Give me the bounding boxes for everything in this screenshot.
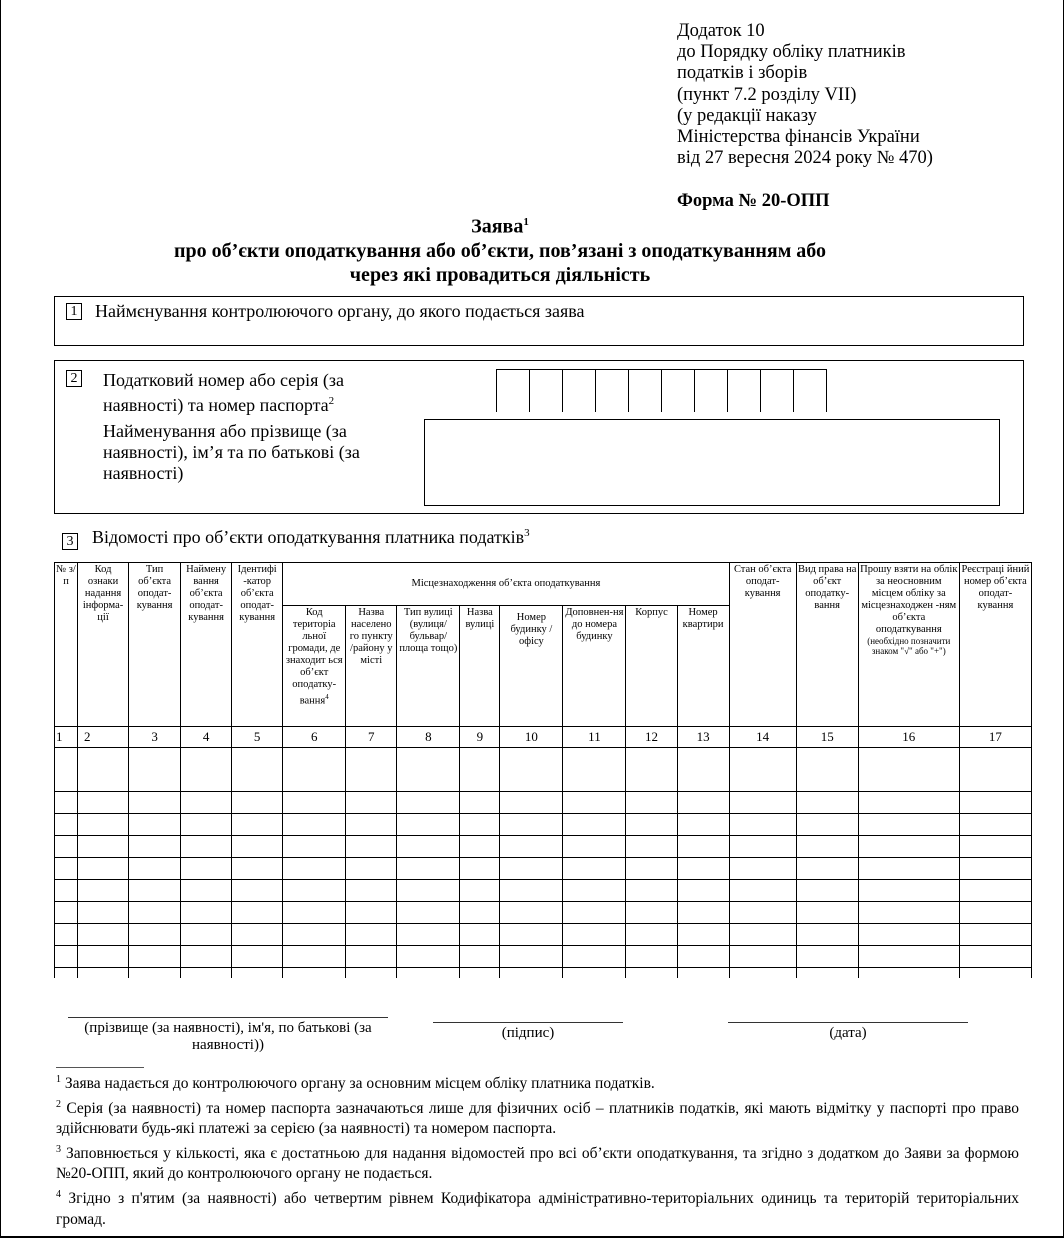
table-cell[interactable] [796,924,858,946]
table-cell[interactable] [500,924,563,946]
table-cell[interactable] [397,858,460,880]
table-cell[interactable] [460,858,500,880]
table-cell[interactable] [78,946,129,968]
table-cell[interactable] [858,946,959,968]
tax-digit-cell[interactable] [694,370,727,412]
title-line: через які провадиться діяльність [0,263,1000,287]
table-cell[interactable] [232,880,283,902]
table-cell[interactable] [460,924,500,946]
table-cell[interactable] [55,814,78,836]
table-cell[interactable] [283,924,346,946]
table-cell[interactable] [729,924,796,946]
taxpayer-name-label: Найменування або прізвище (за наявності)… [103,421,423,484]
table-cell[interactable] [78,858,129,880]
table-cell[interactable] [626,968,677,979]
col-header-building-number: Номер будинку /офісу [500,606,563,727]
table-cell[interactable] [729,792,796,814]
table-cell[interactable] [346,924,397,946]
table-cell[interactable] [959,924,1031,946]
table-cell[interactable] [397,968,460,979]
table-cell[interactable] [626,792,677,814]
section-1-authority[interactable]: 1 Наймєнування контролюючого органу, до … [54,296,1024,346]
col-header-object-type: Тип об’єкта оподат-кування [129,563,181,727]
col-header-object-name: Наймену вання об’єкта оподат-кування [181,563,232,727]
table-cell[interactable] [283,902,346,924]
table-cell[interactable] [181,836,232,858]
title-main: Заява [471,216,523,238]
date-caption: (дата) [728,1025,968,1042]
table-cell[interactable] [55,968,78,979]
table-cell[interactable] [563,792,626,814]
table-cell[interactable] [181,792,232,814]
table-cell[interactable] [858,924,959,946]
name-signature-line[interactable] [68,1017,388,1018]
table-cell[interactable] [283,836,346,858]
table-cell[interactable] [397,748,460,792]
table-cell[interactable] [626,748,677,792]
table-cell[interactable] [346,858,397,880]
table-cell[interactable] [500,968,563,979]
table-cell[interactable] [55,902,78,924]
date-block: (дата) [728,1022,968,1042]
table-cell[interactable] [460,748,500,792]
table-cell[interactable] [129,836,181,858]
table-cell[interactable] [729,748,796,792]
col-header-number: № з/п [55,563,78,727]
footnote-ref: 1 [523,216,529,228]
signature-block: (підпис) [433,1022,623,1042]
table-cell[interactable] [181,946,232,968]
table-row [55,946,1032,968]
table-cell[interactable] [796,792,858,814]
col-header-street-type: Тип вулиці (вулиця/ бульвар/ площа тощо) [397,606,460,727]
tax-digit-cell[interactable] [496,370,529,412]
tax-digit-cell[interactable] [760,370,793,412]
table-row [55,968,1032,979]
table-cell[interactable] [563,814,626,836]
table-cell[interactable] [232,792,283,814]
tax-objects-table: № з/п Код ознаки надання інформа-ції Тип… [54,562,1032,978]
table-cell[interactable] [729,968,796,979]
tax-number-field[interactable] [496,369,827,412]
section-number-badge: 3 [62,533,78,550]
table-cell[interactable] [129,880,181,902]
table-row [55,792,1032,814]
table-row [55,924,1032,946]
table-cell[interactable] [232,902,283,924]
table-cell[interactable] [232,748,283,792]
table-row [55,858,1032,880]
table-cell[interactable] [181,814,232,836]
tax-digit-cell[interactable] [562,370,595,412]
table-cell[interactable] [563,880,626,902]
col-header-info-code: Код ознаки надання інформа-ції [78,563,129,727]
table-cell[interactable] [626,836,677,858]
table-cell[interactable] [232,924,283,946]
table-cell[interactable] [959,946,1031,968]
table-cell[interactable] [563,902,626,924]
table-cell[interactable] [283,748,346,792]
table-cell[interactable] [796,748,858,792]
table-cell[interactable] [397,836,460,858]
table-cell[interactable] [181,902,232,924]
table-cell[interactable] [626,814,677,836]
table-cell[interactable] [397,792,460,814]
table-cell[interactable] [181,880,232,902]
table-cell[interactable] [129,748,181,792]
table-cell[interactable] [626,880,677,902]
table-cell[interactable] [397,946,460,968]
table-cell[interactable] [397,924,460,946]
table-cell[interactable] [346,792,397,814]
table-cell[interactable] [460,902,500,924]
table-cell[interactable] [181,858,232,880]
table-cell[interactable] [397,902,460,924]
table-cell[interactable] [796,858,858,880]
table-cell[interactable] [626,902,677,924]
table-cell[interactable] [460,968,500,979]
annex-line: до Порядку обліку платників [677,42,933,63]
table-cell[interactable] [500,880,563,902]
table-cell[interactable] [346,902,397,924]
col-header-object-id: Ідентифі -катор об’єкта оподат-кування [232,563,283,727]
table-cell[interactable] [460,880,500,902]
table-cell[interactable] [129,968,181,979]
table-cell[interactable] [677,814,729,836]
table-cell[interactable] [959,836,1031,858]
table-cell[interactable] [55,792,78,814]
table-cell[interactable] [677,836,729,858]
table-cell[interactable] [346,836,397,858]
table-cell[interactable] [796,836,858,858]
table-row [55,880,1032,902]
table-cell[interactable] [78,924,129,946]
table-cell[interactable] [677,858,729,880]
section-2-taxpayer: 2 Податковий номер або серія (за наявнос… [54,360,1024,514]
date-line[interactable] [728,1022,968,1023]
annex-line: податків і зборів [677,63,933,84]
table-cell[interactable] [346,968,397,979]
table-cell[interactable] [460,814,500,836]
table-cell[interactable] [858,836,959,858]
table-cell[interactable] [181,924,232,946]
table-cell[interactable] [959,902,1031,924]
table-cell[interactable] [55,924,78,946]
section-3-heading: 3Відомості про об’єкти оподаткування пла… [62,527,530,548]
table-cell[interactable] [959,858,1031,880]
table-cell[interactable] [796,968,858,979]
table-cell[interactable] [626,924,677,946]
annex-line: Додаток 10 [677,21,933,42]
table-cell[interactable] [677,968,729,979]
table-cell[interactable] [283,880,346,902]
table-cell[interactable] [500,902,563,924]
tax-number-label: Податковий номер або серія (за наявності… [103,370,423,416]
table-cell[interactable] [796,902,858,924]
table-cell[interactable] [181,968,232,979]
table-cell[interactable] [500,748,563,792]
table-cell[interactable] [729,880,796,902]
table-cell[interactable] [55,858,78,880]
column-number-row: 1 2 3 4 5 6 7 8 9 10 11 12 13 14 15 16 1… [55,727,1032,748]
table-cell[interactable] [78,880,129,902]
tax-digit-cell[interactable] [628,370,661,412]
table-cell[interactable] [563,836,626,858]
table-cell[interactable] [129,902,181,924]
col-header-location-group: Місцезнаходження об’єкта оподаткування [283,563,729,606]
section-1-label: Наймєнування контролюючого органу, до як… [95,301,585,322]
table-cell[interactable] [129,814,181,836]
annex-line: (у редакції наказу [677,106,933,127]
table-cell[interactable] [129,858,181,880]
table-cell[interactable] [959,748,1031,792]
table-cell[interactable] [858,968,959,979]
table-cell[interactable] [858,748,959,792]
table-cell[interactable] [563,748,626,792]
table-cell[interactable] [55,946,78,968]
table-cell[interactable] [729,946,796,968]
table-cell[interactable] [78,748,129,792]
col-header-non-main-registration: Прошу взяти на облік за неосновним місце… [858,563,959,727]
table-cell[interactable] [181,748,232,792]
footnote-4: 4 Згідно з п'ятим (за наявності) або чет… [56,1185,1019,1230]
table-cell[interactable] [283,814,346,836]
tax-digit-cell[interactable] [529,370,562,412]
table-cell[interactable] [397,880,460,902]
table-cell[interactable] [232,814,283,836]
table-cell[interactable] [563,946,626,968]
col-header-registration-number: Реєстраці йний номер об’єкта оподат-кува… [959,563,1031,727]
signature-line[interactable] [433,1022,623,1023]
table-cell[interactable] [677,792,729,814]
col-16-note: (необхідно позначити знаком "√" або "+") [860,636,958,656]
table-cell[interactable] [796,880,858,902]
table-cell[interactable] [460,792,500,814]
col-header-street-name: Назва вулиці [460,606,500,727]
tax-digit-cell[interactable] [661,370,694,412]
table-cell[interactable] [858,814,959,836]
annex-line: Міністерства фінансів України [677,127,933,148]
table-cell[interactable] [346,748,397,792]
annex-header: Додаток 10 до Порядку обліку платників п… [677,21,933,169]
table-cell[interactable] [78,836,129,858]
table-cell[interactable] [500,946,563,968]
table-cell[interactable] [959,968,1031,979]
table-cell[interactable] [729,836,796,858]
table-cell[interactable] [232,946,283,968]
table-cell[interactable] [55,748,78,792]
document-title: Заява1 про об’єкти оподаткування або об’… [0,210,1000,287]
table-cell[interactable] [346,880,397,902]
col-header-apartment: Номер квартири [677,606,729,727]
name-caption: (прізвище (за наявності), ім'я, по батьк… [68,1020,388,1054]
table-cell[interactable] [129,924,181,946]
table-cell[interactable] [677,946,729,968]
table-cell[interactable] [858,902,959,924]
table-cell[interactable] [677,924,729,946]
col-header-settlement: Назва населено го пункту /району у місті [346,606,397,727]
section-3-label: Відомості про об’єкти оподаткування плат… [92,527,524,547]
section-number-badge: 2 [66,370,82,387]
table-cell[interactable] [677,880,729,902]
table-cell[interactable] [283,946,346,968]
table-row [55,902,1032,924]
table-cell[interactable] [500,814,563,836]
table-cell[interactable] [796,814,858,836]
table-cell[interactable] [500,792,563,814]
footnote-1: 1 Заява надається до контролюючого орган… [56,1070,1019,1095]
table-row [55,748,1032,792]
table-cell[interactable] [626,858,677,880]
footnote-3: 3 Заповнюється у кількості, яка є достат… [56,1140,1019,1185]
signature-caption: (підпис) [433,1025,623,1042]
table-cell[interactable] [500,836,563,858]
table-cell[interactable] [283,792,346,814]
col-header-block: Корпус [626,606,677,727]
table-cell[interactable] [55,880,78,902]
col-header-community-code: Код територіа льної громади, де знаходит… [283,606,346,727]
form-number: Форма № 20-ОПП [677,191,830,212]
table-cell[interactable] [729,858,796,880]
signature-name-block: (прізвище (за наявності), ім'я, по батьк… [68,1000,388,1054]
col-header-object-status: Стан об’єкта оподат-кування [729,563,796,727]
annex-line: (пункт 7.2 розділу VII) [677,85,933,106]
table-cell[interactable] [796,946,858,968]
table-cell[interactable] [78,902,129,924]
table-cell[interactable] [959,792,1031,814]
footnote-ref: 3 [524,527,530,539]
annex-line: від 27 вересня 2024 року № 470) [677,148,933,169]
tax-digit-cell[interactable] [793,370,827,412]
table-cell[interactable] [677,748,729,792]
table-cell[interactable] [858,858,959,880]
table-cell[interactable] [397,814,460,836]
table-cell[interactable] [563,924,626,946]
col-header-building-addition: Доповнен-ня до номера будинку [563,606,626,727]
table-cell[interactable] [346,814,397,836]
table-cell[interactable] [232,858,283,880]
table-cell[interactable] [858,880,959,902]
table-cell[interactable] [729,814,796,836]
footnote-separator [56,1067,144,1068]
footnote-2: 2 Серія (за наявності) та номер паспорта… [56,1095,1019,1140]
section-number-badge: 1 [66,303,82,320]
table-cell[interactable] [959,814,1031,836]
table-cell[interactable] [129,792,181,814]
table-cell[interactable] [346,946,397,968]
title-line: про об’єкти оподаткування або об’єкти, п… [0,239,1000,263]
table-cell[interactable] [78,968,129,979]
table-cell[interactable] [729,902,796,924]
table-cell[interactable] [460,836,500,858]
tax-digit-cell[interactable] [727,370,760,412]
table-row [55,836,1032,858]
table-cell[interactable] [55,836,78,858]
table-row [55,814,1032,836]
table-cell[interactable] [283,968,346,979]
table-cell[interactable] [959,880,1031,902]
tax-digit-cell[interactable] [595,370,628,412]
table-cell[interactable] [563,968,626,979]
table-cell[interactable] [626,946,677,968]
table-cell[interactable] [500,858,563,880]
table-cell[interactable] [232,968,283,979]
table-cell[interactable] [78,814,129,836]
table-cell[interactable] [460,946,500,968]
table-cell[interactable] [677,902,729,924]
table-cell[interactable] [283,858,346,880]
col-header-right-type: Вид права на об’єкт оподатку-вання [796,563,858,727]
table-cell[interactable] [78,792,129,814]
table-cell[interactable] [563,858,626,880]
table-cell[interactable] [232,836,283,858]
taxpayer-name-field[interactable] [424,419,1000,506]
table-cell[interactable] [858,792,959,814]
footnotes: 1 Заява надається до контролюючого орган… [56,1070,1019,1230]
table-cell[interactable] [129,946,181,968]
